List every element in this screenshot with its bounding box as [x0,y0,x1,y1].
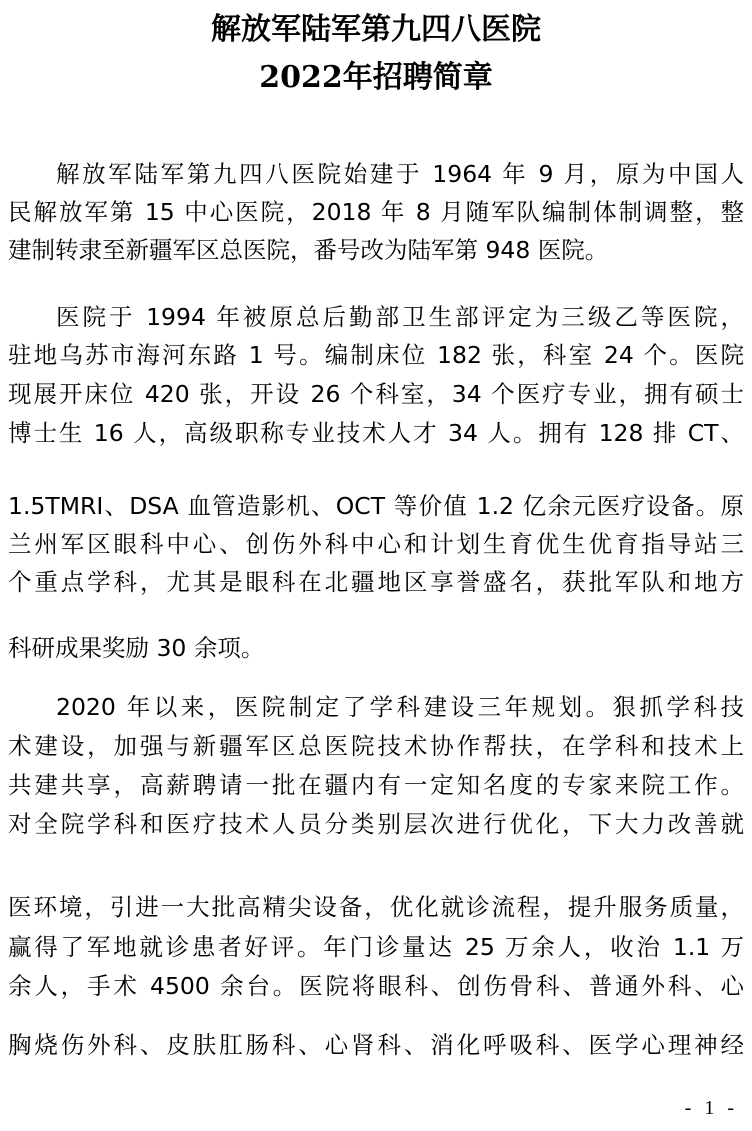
paragraph-1-line-2: 民解放军第 15 中心医院，2018 年 8 月随军队编制体制调整，整 [8,197,744,227]
page-number: - 1 - [685,1097,738,1120]
paragraph-1-line-3: 建制转隶至新疆军区总医院，番号改为陆军第 948 医院。 [8,235,744,265]
paragraph-3-line-8: 胸烧伤外科、皮肤肛肠科、心肾科、消化呼吸科、医学心理神经 [8,1030,744,1060]
document-page: 解放军陆军第九四八医院 2022年招聘简章 解放军陆军第九四八医院始建于 196… [0,0,752,1131]
paragraph-2-line-3: 现展开床位 420 张，开设 26 个科室，34 个医疗专业，拥有硕士 [8,379,744,409]
paragraph-2-line-7: 个重点学科，尤其是眼科在北疆地区享誉盛名，获批军队和地方 [8,567,744,597]
paragraph-3-line-3: 共建共享，高薪聘请一批在疆内有一定知名度的专家来院工作。 [8,770,744,800]
paragraph-2-line-5: 1.5TMRI、DSA 血管造影机、OCT 等价值 1.2 亿余元医疗设备。原 [8,491,744,521]
paragraph-3-line-6: 赢得了军地就诊患者好评。年门诊量达 25 万余人，收治 1.1 万 [8,932,744,962]
paragraph-2-line-8: 科研成果奖励 30 余项。 [8,633,744,663]
paragraph-3-line-5: 医环境，引进一大批高精尖设备，优化就诊流程，提升服务质量， [8,892,744,922]
paragraph-3-line-1: 2020 年以来，医院制定了学科建设三年规划。狠抓学科技 [8,692,744,722]
paragraph-3-line-7: 余人，手术 4500 余台。医院将眼科、创伤骨科、普通外科、心 [8,971,744,1001]
document-title-line2: 2022年招聘简章 [0,58,752,98]
paragraph-2-line-2: 驻地乌苏市海河东路 1 号。编制床位 182 张，科室 24 个。医院 [8,340,744,370]
paragraph-1-line-1: 解放军陆军第九四八医院始建于 1964 年 9 月，原为中国人 [8,159,744,189]
paragraph-2-line-4: 博士生 16 人，高级职称专业技术人才 34 人。拥有 128 排 CT、 [8,418,744,448]
document-title-line1: 解放军陆军第九四八医院 [0,10,752,50]
paragraph-3-line-4: 对全院学科和医疗技术人员分类别层次进行优化，下大力改善就 [8,809,744,839]
paragraph-2-line-1: 医院于 1994 年被原总后勤部卫生部评定为三级乙等医院， [8,302,744,332]
paragraph-2-line-6: 兰州军区眼科中心、创伤外科中心和计划生育优生优育指导站三 [8,529,744,559]
paragraph-3-line-2: 术建设，加强与新疆军区总医院技术协作帮扶，在学科和技术上 [8,731,744,761]
